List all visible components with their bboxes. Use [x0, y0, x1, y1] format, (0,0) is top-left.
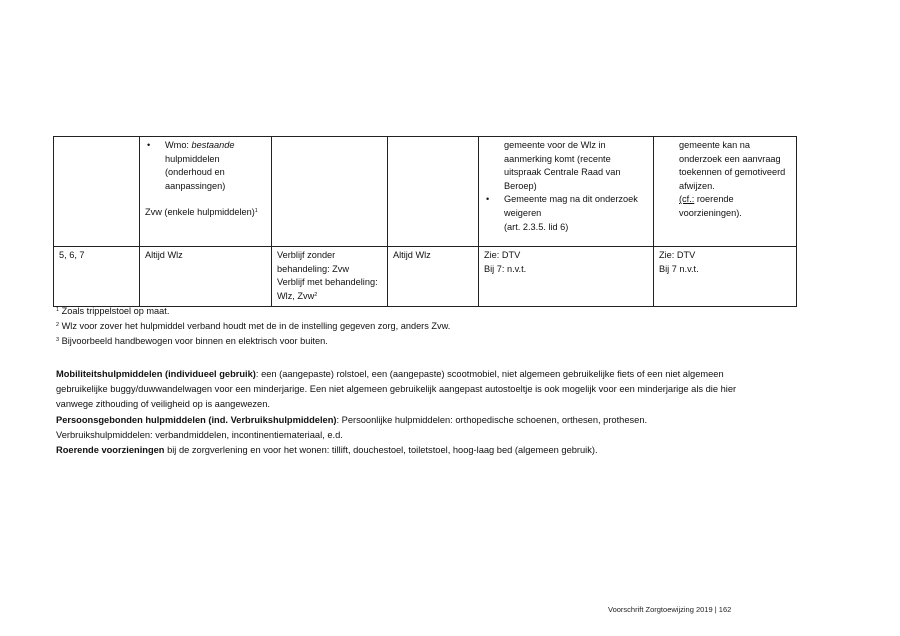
table-cell: Verblijf zonder behandeling: Zvw Verblij…: [272, 247, 388, 307]
footnotes: 1 Zoals trippelstoel op maat. 2 Wlz voor…: [56, 304, 450, 348]
table-cell: 5, 6, 7: [54, 247, 140, 307]
table-row: Wmo: bestaande hulpmiddelen (onderhoud e…: [54, 137, 797, 247]
cell-text: gemeente kan na onderzoek een aanvraag t…: [659, 139, 791, 221]
page-footer: Voorschrift Zorgtoewijzing 2019 | 162: [608, 605, 731, 614]
paragraph-consumables: Verbruikshulpmiddelen: verbandmiddelen, …: [56, 428, 756, 443]
table-cell: Zie: DTV Bij 7: n.v.t.: [479, 247, 654, 307]
paragraph-mobility: Mobiliteitshulpmiddelen (individueel geb…: [56, 367, 756, 413]
cell-text: gemeente voor de Wlz in aanmerking komt …: [484, 139, 648, 193]
paragraph-personal: Persoonsgebonden hulpmiddelen (ind. Verb…: [56, 413, 756, 428]
table-cell: gemeente kan na onderzoek een aanvraag t…: [654, 137, 797, 247]
document-page: Wmo: bestaande hulpmiddelen (onderhoud e…: [0, 0, 900, 636]
cf-link[interactable]: (cf.:: [679, 194, 694, 204]
cell-text: Zvw (enkele hulpmiddelen)1: [145, 206, 266, 220]
provision-table: Wmo: bestaande hulpmiddelen (onderhoud e…: [53, 136, 797, 307]
table-cell: Wmo: bestaande hulpmiddelen (onderhoud e…: [140, 137, 272, 247]
bullet-list: Gemeente mag na dit onderzoek weigeren(a…: [484, 193, 648, 234]
table-cell: Zie: DTV Bij 7 n.v.t.: [654, 247, 797, 307]
table-cell: [272, 137, 388, 247]
table-row: 5, 6, 7 Altijd Wlz Verblijf zonder behan…: [54, 247, 797, 307]
table-cell: [388, 137, 479, 247]
footnote: 1 Zoals trippelstoel op maat.: [56, 304, 450, 319]
body-text: Mobiliteitshulpmiddelen (individueel geb…: [56, 367, 756, 458]
table-cell: Altijd Wlz: [388, 247, 479, 307]
paragraph-movable: Roerende voorzieningen bij de zorgverlen…: [56, 443, 756, 458]
table-cell: Altijd Wlz: [140, 247, 272, 307]
list-item: Gemeente mag na dit onderzoek weigeren(a…: [484, 193, 648, 234]
footnote: 3 Bijvoorbeeld handbewogen voor binnen e…: [56, 334, 450, 349]
list-item: Wmo: bestaande hulpmiddelen (onderhoud e…: [145, 139, 266, 193]
bullet-list: Wmo: bestaande hulpmiddelen (onderhoud e…: [145, 139, 266, 193]
footnote: 2 Wlz voor zover het hulpmiddel verband …: [56, 319, 450, 334]
footnote-ref: 1: [255, 208, 258, 214]
footer-separator: |: [715, 605, 717, 614]
table-cell: [54, 137, 140, 247]
footer-title: Voorschrift Zorgtoewijzing 2019: [608, 605, 713, 614]
table-cell: gemeente voor de Wlz in aanmerking komt …: [479, 137, 654, 247]
footnote-ref: 2: [314, 292, 317, 298]
page-number: 162: [719, 605, 732, 614]
